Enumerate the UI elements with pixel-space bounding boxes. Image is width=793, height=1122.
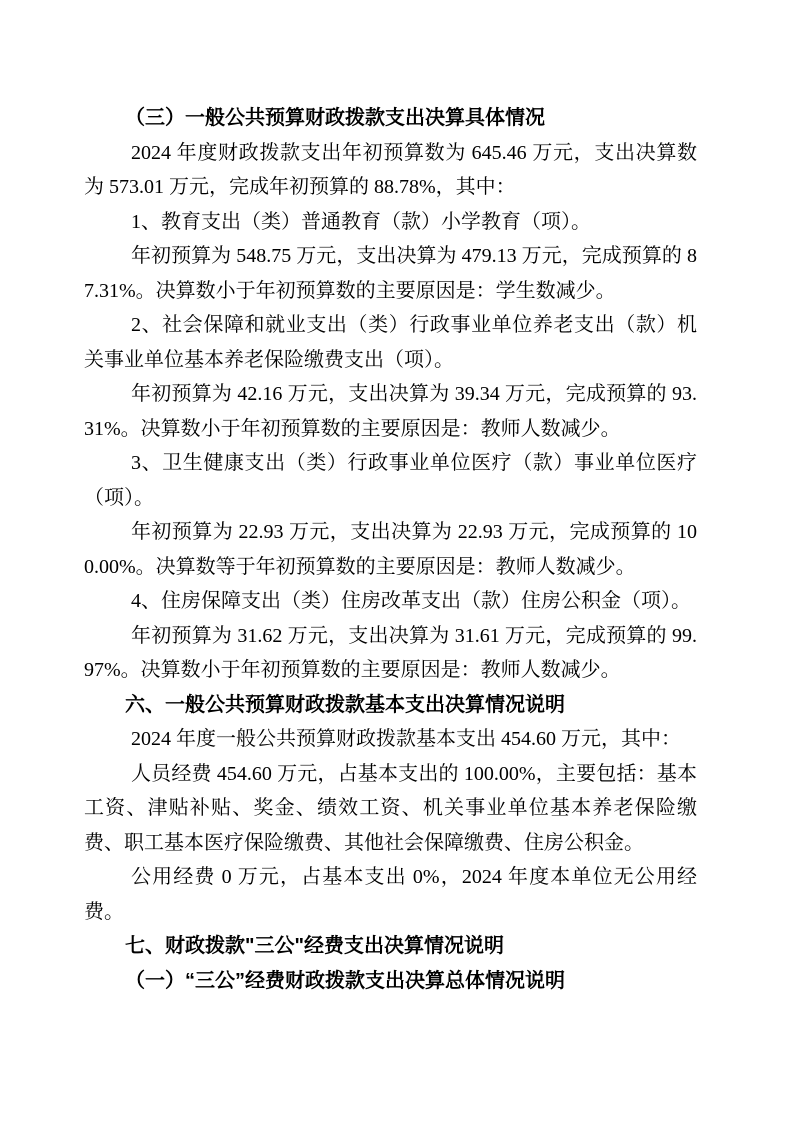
para-item-3-health-title: 3、卫生健康支出（类）行政事业单位医疗（款）事业单位医疗（项）。 <box>84 446 697 515</box>
document-body: （三）一般公共预算财政拨款支出决算具体情况 2024 年度财政拨款支出年初预算数… <box>84 101 697 998</box>
document-page: （三）一般公共预算财政拨款支出决算具体情况 2024 年度财政拨款支出年初预算数… <box>0 0 793 1122</box>
para-public-funds: 公用经费 0 万元，占基本支出 0%，2024 年度本单位无公用经费。 <box>84 860 697 929</box>
para-item-4-housing-title: 4、住房保障支出（类）住房改革支出（款）住房公积金（项）。 <box>84 584 697 619</box>
para-basic-expenditure-overview: 2024 年度一般公共预算财政拨款基本支出 454.60 万元，其中： <box>84 722 697 757</box>
section-heading-basic-expenditure: 六、一般公共预算财政拨款基本支出决算情况说明 <box>84 688 697 723</box>
para-item-1-education-title: 1、教育支出（类）普通教育（款）小学教育（项）。 <box>84 205 697 240</box>
section-heading-general-budget-expenditure-detail: （三）一般公共预算财政拨款支出决算具体情况 <box>84 101 697 136</box>
para-personnel-funds: 人员经费 454.60 万元，占基本支出的 100.00%，主要包括：基本工资、… <box>84 757 697 861</box>
para-item-4-housing-detail: 年初预算为 31.62 万元，支出决算为 31.61 万元，完成预算的 99.9… <box>84 619 697 688</box>
para-item-3-health-detail: 年初预算为 22.93 万元，支出决算为 22.93 万元，完成预算的 100.… <box>84 515 697 584</box>
para-item-1-education-detail: 年初预算为 548.75 万元，支出决算为 479.13 万元，完成预算的 87… <box>84 239 697 308</box>
para-item-2-social-security-detail: 年初预算为 42.16 万元，支出决算为 39.34 万元，完成预算的 93.3… <box>84 377 697 446</box>
section-heading-three-public-expenses: 七、财政拨款"三公"经费支出决算情况说明 <box>84 929 697 964</box>
section-heading-three-public-overall: （一）“三公”经费财政拨款支出决算总体情况说明 <box>84 964 697 999</box>
para-item-2-social-security-title: 2、社会保障和就业支出（类）行政事业单位养老支出（款）机关事业单位基本养老保险缴… <box>84 308 697 377</box>
para-fiscal-expenditure-overview: 2024 年度财政拨款支出年初预算数为 645.46 万元，支出决算数为 573… <box>84 136 697 205</box>
